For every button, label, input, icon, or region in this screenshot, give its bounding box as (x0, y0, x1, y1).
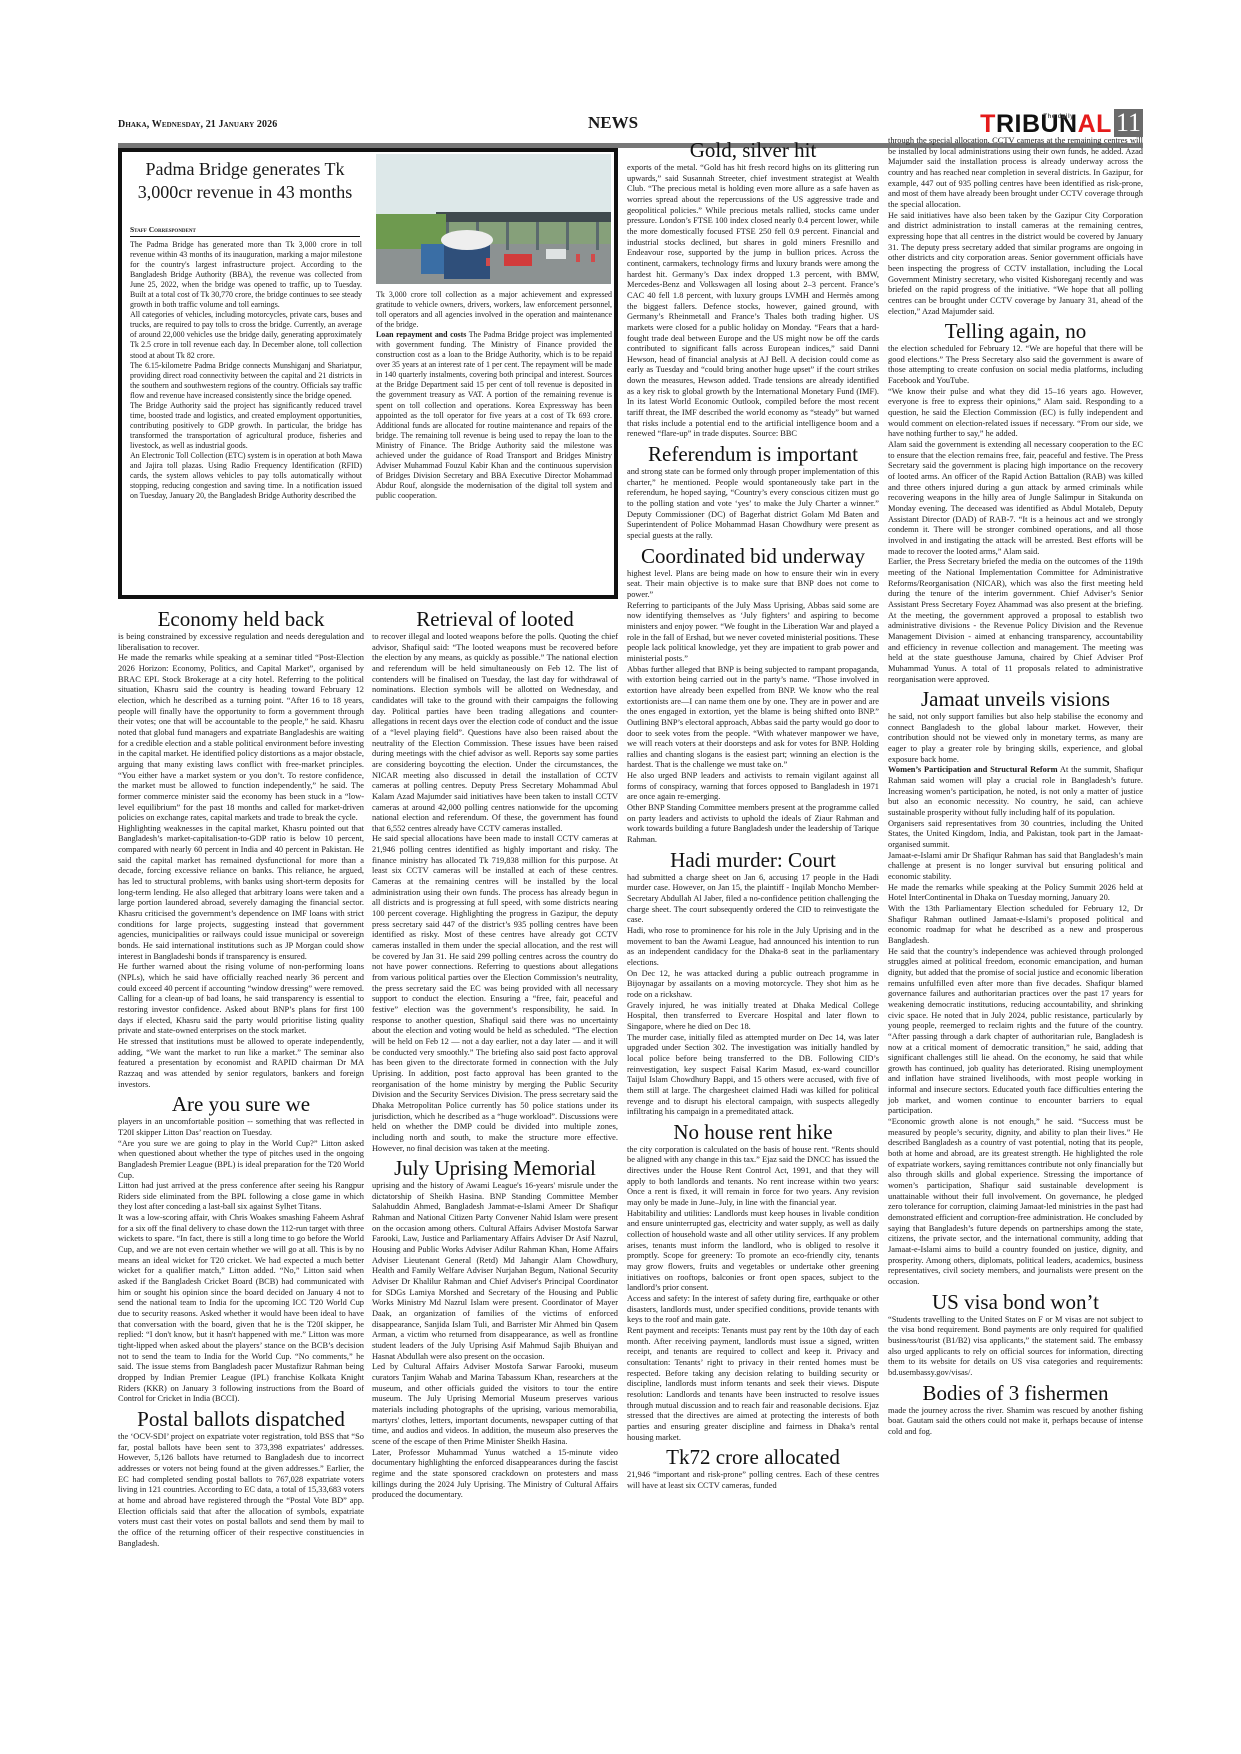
article-headline: Economy held back (118, 607, 364, 632)
article-headline: US visa bond won’t (888, 1290, 1143, 1315)
article-paragraph: uprising and the history of Awami League… (372, 1181, 618, 1362)
lead-body-right: Tk 3,000 crore toll collection as a majo… (376, 290, 612, 501)
article-july-uprising-memorial: July Uprising Memorialuprising and the h… (372, 1156, 618, 1501)
article-paragraph: Hadi, who rose to prominence for his rol… (627, 926, 879, 969)
article-paragraph: He further warned about the rising volum… (118, 962, 364, 1037)
article-paragraph: Later, Professor Muhammad Yunus watched … (372, 1448, 618, 1501)
lead-paragraph: Loan repayment and costs The Padma Bridg… (376, 330, 612, 501)
article-headline: Tk72 crore allocated (627, 1445, 879, 1470)
article-paragraph: “Economic growth alone is not enough,” h… (888, 1117, 1143, 1288)
article-paragraph: Litton had just arrived at the press con… (118, 1181, 364, 1213)
article-gold-silver-hit: Gold, silver hitexports of the metal. “G… (627, 138, 879, 440)
article-paragraph: He made the remarks while speaking at a … (118, 653, 364, 824)
article-paragraph: With the 13th Parliamentary Election sch… (888, 904, 1143, 947)
article-are-you-sure-we: Are you sure weplayers in an uncomfortab… (118, 1092, 364, 1405)
article-paragraph: and strong state can be formed only thro… (627, 467, 879, 542)
brand-prefix: The daily (1043, 104, 1074, 130)
column-1: Economy held backis being constrained by… (118, 605, 364, 1549)
page-number: 11 (1114, 109, 1143, 137)
article-paragraph: Earlier, the Press Secretary briefed the… (888, 557, 1143, 685)
article-headline: Telling again, no (888, 319, 1143, 344)
article-paragraph: “We know their pulse and what they did 1… (888, 387, 1143, 440)
article-hadi-murder-court: Hadi murder: Courthad submitted a charge… (627, 848, 879, 1118)
article-paragraph: had submitted a charge sheet on Jan 6, a… (627, 873, 879, 926)
article-paragraph: Organisers said representatives from 30 … (888, 819, 1143, 851)
masthead: Dhaka, Wednesday, 21 January 2026 NEWS T… (118, 105, 1143, 139)
article-economy-held-back: Economy held backis being constrained by… (118, 607, 364, 1090)
article-headline: Hadi murder: Court (627, 848, 879, 873)
lead-paragraph: An Electronic Toll Collection (ETC) syst… (130, 451, 362, 501)
article-tk72-crore-allocated: Tk72 crore allocated21,946 “important an… (627, 1445, 879, 1491)
article-paragraph: Gravely injured, he was initially treate… (627, 1001, 879, 1033)
article-headline: Retrieval of looted (372, 607, 618, 632)
article-paragraph: the election scheduled for February 12. … (888, 344, 1143, 387)
brand-logo: The daily TRIBUNAL 11 (980, 107, 1143, 137)
article-paragraph: he said, not only support families but a… (888, 712, 1143, 765)
article-paragraph: It was a low-scoring affair, with Chris … (118, 1213, 364, 1405)
article-bodies-of-3-fishermen: Bodies of 3 fishermenmade the journey ac… (888, 1381, 1143, 1438)
brand-name-red: AL (1078, 110, 1112, 138)
article-us-visa-bond-won-t: US visa bond won’t“Students travelling t… (888, 1290, 1143, 1379)
article-paragraph: is being constrained by excessive regula… (118, 632, 364, 653)
dateline: Dhaka, Wednesday, 21 January 2026 (118, 119, 277, 130)
article-headline: Bodies of 3 fishermen (888, 1381, 1143, 1406)
article-paragraph: highest level. Plans are being made on h… (627, 569, 879, 601)
article-paragraph: He also urged BNP leaders and activists … (627, 771, 879, 803)
article-paragraph: Abbas further alleged that BNP is being … (627, 665, 879, 772)
lead-body-left: The Padma Bridge has generated more than… (130, 240, 362, 501)
article-headline: Gold, silver hit (627, 138, 879, 163)
article-paragraph: Access and safety: In the interest of sa… (627, 1294, 879, 1326)
article-headline: Jamaat unveils visions (888, 687, 1143, 712)
article-paragraph: Other BNP Standing Committee members pre… (627, 803, 879, 846)
lead-paragraph: The Bridge Authority said the project ha… (130, 401, 362, 451)
article-retrieval-of-looted: Retrieval of lootedto recover illegal an… (372, 607, 618, 1154)
article-paragraph: He said initiatives have also been taken… (888, 211, 1143, 318)
article-jamaat-unveils-visions: Jamaat unveils visionshe said, not only … (888, 687, 1143, 1287)
article-paragraph: “Students travelling to the United State… (888, 1315, 1143, 1379)
lead-subhead: Loan repayment and costs (376, 330, 466, 339)
article-postal-ballots-dispatched: Postal ballots dispatchedthe ‘OCV-SDI’ p… (118, 1407, 364, 1549)
article-telling-again-no: Telling again, nothe election scheduled … (888, 319, 1143, 685)
article-headline: Postal ballots dispatched (118, 1407, 364, 1432)
newspaper-page: Dhaka, Wednesday, 21 January 2026 NEWS T… (118, 105, 1143, 148)
article-continued: through the special allocation. CCTV cam… (888, 136, 1143, 317)
lead-paragraph: The Padma Bridge has generated more than… (130, 240, 362, 310)
lead-paragraph: The 6.15-kilometre Padma Bridge connects… (130, 361, 362, 401)
article-headline: Coordinated bid underway (627, 544, 879, 569)
article-paragraph: He stressed that institutions must be al… (118, 1037, 364, 1090)
article-paragraph: players in an uncomfortable position -- … (118, 1117, 364, 1138)
article-paragraph: 21,946 “important and risk-prone” pollin… (627, 1470, 879, 1491)
article-paragraph: the ‘OCV-SDI’ project on expatriate vote… (118, 1432, 364, 1549)
article-paragraph: Alam said the government is extending al… (888, 440, 1143, 557)
article-paragraph: On Dec 12, he was attacked during a publ… (627, 969, 879, 1001)
article-paragraph: “Are you sure we are going to play in th… (118, 1139, 364, 1182)
article-paragraph: He said special allocations have been ma… (372, 834, 618, 1154)
byline: Staff Correspondent (130, 225, 360, 237)
article-coordinated-bid-underway: Coordinated bid underwayhighest level. P… (627, 544, 879, 846)
column-4: through the special allocation. CCTV cam… (888, 136, 1143, 1438)
section-name: NEWS (588, 113, 638, 133)
article-paragraph: through the special allocation. CCTV cam… (888, 136, 1143, 211)
article-paragraph: The murder case, initially filed as atte… (627, 1033, 879, 1118)
photo-illustration (376, 154, 611, 284)
article-paragraph: Rent payment and receipts: Tenants must … (627, 1326, 879, 1443)
article-paragraph: Led by Cultural Affairs Adviser Mostofa … (372, 1362, 618, 1447)
article-headline: Referendum is important (627, 442, 879, 467)
article-paragraph: He said that the country’s independence … (888, 947, 1143, 1118)
lead-story-box: Padma Bridge generates Tk 3,000cr revenu… (118, 148, 618, 599)
column-2: Retrieval of lootedto recover illegal an… (372, 605, 618, 1501)
article-headline: Are you sure we (118, 1092, 364, 1117)
lead-headline: Padma Bridge generates Tk 3,000cr revenu… (130, 158, 360, 204)
article-no-house-rent-hike: No house rent hikethe city corporation i… (627, 1120, 879, 1443)
toll-plaza-photo (376, 154, 611, 284)
lead-paragraph: All categories of vehicles, including mo… (130, 310, 362, 360)
article-paragraph: Referring to participants of the July Ma… (627, 601, 879, 665)
article-paragraph: Women’s Participation and Structural Ref… (888, 765, 1143, 818)
article-paragraph: Highlighting weaknesses in the capital m… (118, 824, 364, 963)
column-3: Gold, silver hitexports of the metal. “G… (627, 136, 879, 1492)
article-paragraph: He made the remarks while speaking at th… (888, 883, 1143, 904)
article-headline: July Uprising Memorial (372, 1156, 618, 1181)
article-paragraph: exports of the metal. “Gold has hit fres… (627, 163, 879, 440)
article-paragraph: made the journey across the river. Shami… (888, 1406, 1143, 1438)
article-referendum-is-important: Referendum is importantand strong state … (627, 442, 879, 542)
article-paragraph: the city corporation is calculated on th… (627, 1145, 879, 1209)
article-headline: No house rent hike (627, 1120, 879, 1145)
article-paragraph: Jamaat-e-Islami amir Dr Shafiqur Rahman … (888, 851, 1143, 883)
article-paragraph: Habitability and utilities: Landlords mu… (627, 1209, 879, 1294)
lead-paragraph: Tk 3,000 crore toll collection as a majo… (376, 290, 612, 330)
brand-wordmark: The daily TRIBUNAL (980, 111, 1112, 137)
article-paragraph: to recover illegal and looted weapons be… (372, 632, 618, 834)
